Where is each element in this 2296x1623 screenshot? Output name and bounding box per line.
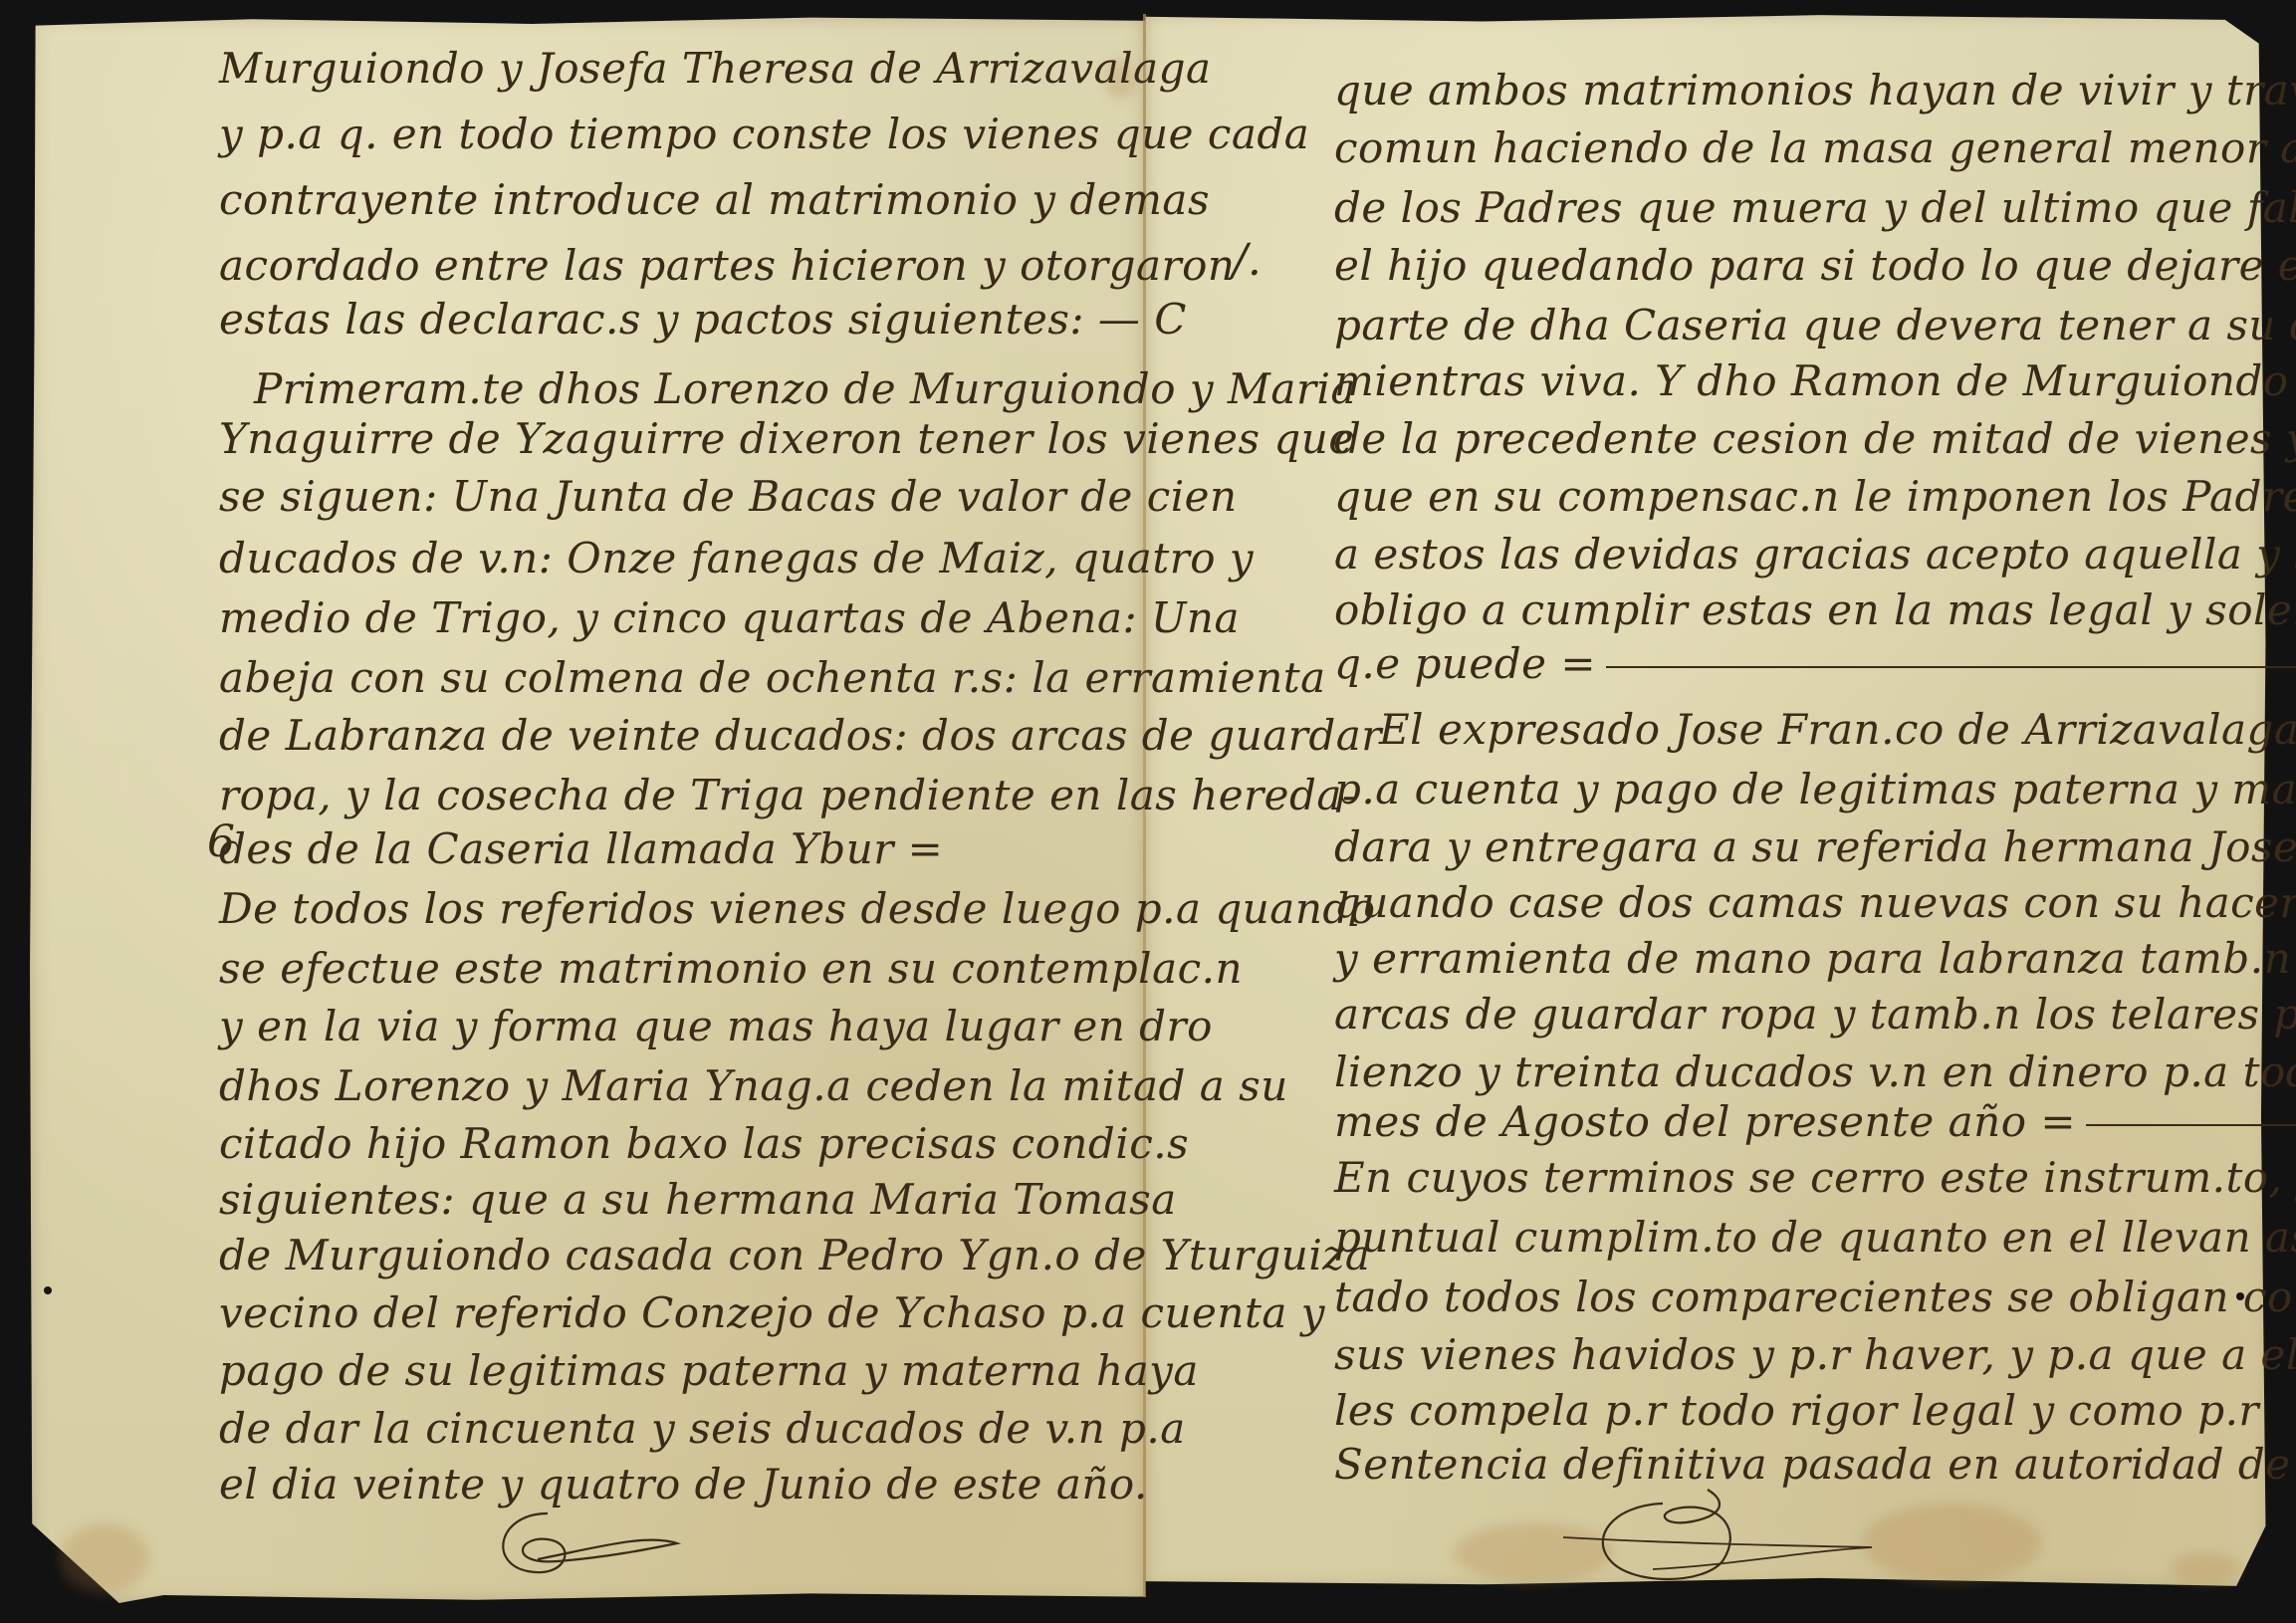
right-line-16: y erramienta de mano para labranza tamb.… (1334, 938, 2296, 980)
left-line-18: dhos Lorenzo y Maria Ynag.a ceden la mit… (219, 1065, 1288, 1107)
left-line-14: des de la Caseria llamada Ybur = (219, 828, 943, 870)
right-line-20: En cuyos terminos se cerro este instrum.… (1334, 1157, 2296, 1199)
left-line-7: Ynaguirre de Yzaguirre dixeron tener los… (219, 418, 1354, 460)
right-line-12: El expresado Jose Fran.co de Arrizavalag… (1379, 709, 2296, 751)
left-line-3: contrayente introduce al matrimonio y de… (219, 179, 1210, 221)
left-line-9: ducados de v.n: Onze fanegas de Maiz, qu… (219, 538, 1254, 580)
closing-rule (2086, 1124, 2296, 1126)
left-line-12: de Labranza de veinte ducados: dos arcas… (219, 715, 1382, 757)
right-line-11-text: q.e puede = (1334, 639, 1596, 688)
left-line-4: acordado entre las partes hicieron y oto… (219, 245, 1235, 287)
left-line-11: abeja con su colmena de ochenta r.s: la … (219, 657, 1326, 699)
right-line-25: Sentencia definitiva pasada en autoridad… (1334, 1444, 2291, 1486)
closing-rule (1606, 666, 2296, 668)
right-line-7: de la precedente cesion de mitad de vien… (1334, 418, 2296, 460)
right-line-14: dara y entregara a su referida hermana J… (1334, 826, 2296, 868)
left-line-25: el dia veinte y quatro de Junio de este … (219, 1464, 1148, 1506)
left-line-10: medio de Trigo, y cinco quartas de Abena… (219, 597, 1240, 639)
right-line-10: obligo a cumplir estas en la mas legal y… (1334, 589, 2296, 631)
left-line-17: y en la via y forma que mas haya lugar e… (219, 1006, 1213, 1047)
left-line-5: estas las declarac.s y pactos siguientes… (219, 299, 1187, 341)
left-line-22: vecino del referido Conzejo de Ychaso p.… (219, 1292, 1325, 1334)
right-margin-mark: /. (1233, 235, 1262, 286)
right-line-5: parte de dha Caseria que devera tener a … (1334, 305, 2296, 347)
right-line-13: p.a cuenta y pago de legitimas paterna y… (1334, 769, 2296, 811)
left-line-19: citado hijo Ramon baxo las precisas cond… (219, 1123, 1189, 1165)
right-line-21: puntual cumplim.to de quanto en el lleva… (1334, 1217, 2296, 1259)
left-line-20: siguientes: que a su hermana Maria Tomas… (219, 1179, 1177, 1221)
right-line-15: quando case dos camas nuevas con su hace… (1334, 882, 2296, 924)
right-line-11: q.e puede = (1334, 643, 2296, 685)
left-line-15: De todos los referidos vienes desde lueg… (219, 888, 1376, 930)
left-line-24: de dar la cincuenta y seis ducados de v.… (219, 1408, 1186, 1450)
right-line-4: el hijo quedando para si todo lo que dej… (1334, 245, 2296, 287)
right-line-9: a estos las devidas gracias acepto aquel… (1334, 534, 2296, 576)
right-line-24: les compela p.r todo rigor legal y como … (1334, 1390, 2259, 1432)
ink-dot (44, 1286, 52, 1294)
paper-stain (60, 1523, 149, 1593)
left-line-16: se efectue este matrimonio en su contemp… (219, 948, 1243, 990)
right-line-19: mes de Agosto del presente año = (1334, 1101, 2296, 1143)
right-line-1: que ambos matrimonios hayan de vivir y t… (1334, 70, 2296, 112)
right-line-19-text: mes de Agosto del presente año = (1334, 1097, 2076, 1146)
left-line-1: Murguiondo y Josefa Theresa de Arrizaval… (219, 48, 1212, 90)
right-line-6: mientras viva. Y dho Ramon de Murguiondo… (1334, 360, 2296, 402)
left-line-8: se siguen: Una Junta de Bacas de valor d… (219, 476, 1238, 518)
right-line-23: sus vienes havidos y p.r haver, y p.a qu… (1334, 1334, 2296, 1376)
left-line-6: Primeram.te dhos Lorenzo de Murguiondo y… (254, 368, 1356, 410)
paper-stain (2171, 1553, 2240, 1583)
left-line-21: de Murguiondo casada con Pedro Ygn.o de … (219, 1235, 1370, 1276)
right-signature-rubric (1553, 1482, 1892, 1591)
left-line-13: ropa, y la cosecha de Triga pendiente en… (219, 775, 1357, 816)
right-line-22: tado todos los comparecientes se obligan… (1334, 1276, 2296, 1318)
left-line-2: y p.a q. en todo tiempo conste los viene… (219, 114, 1309, 155)
right-line-18: lienzo y treinta ducados v.n en dinero p… (1334, 1051, 2296, 1093)
right-line-8: que en su compensac.n le imponen los Pad… (1334, 476, 2296, 518)
right-line-17: arcas de guardar ropa y tamb.n los telar… (1334, 994, 2296, 1036)
left-margin-mark: 6 (207, 816, 235, 867)
ink-dot (2236, 1292, 2244, 1300)
left-line-23: pago de su legitimas paterna y materna h… (219, 1350, 1199, 1392)
right-line-2: comun haciendo de la masa general menor … (1334, 127, 2296, 169)
left-signature-rubric (478, 1504, 697, 1583)
right-line-3: de los Padres que muera y del ultimo que… (1334, 187, 2296, 229)
